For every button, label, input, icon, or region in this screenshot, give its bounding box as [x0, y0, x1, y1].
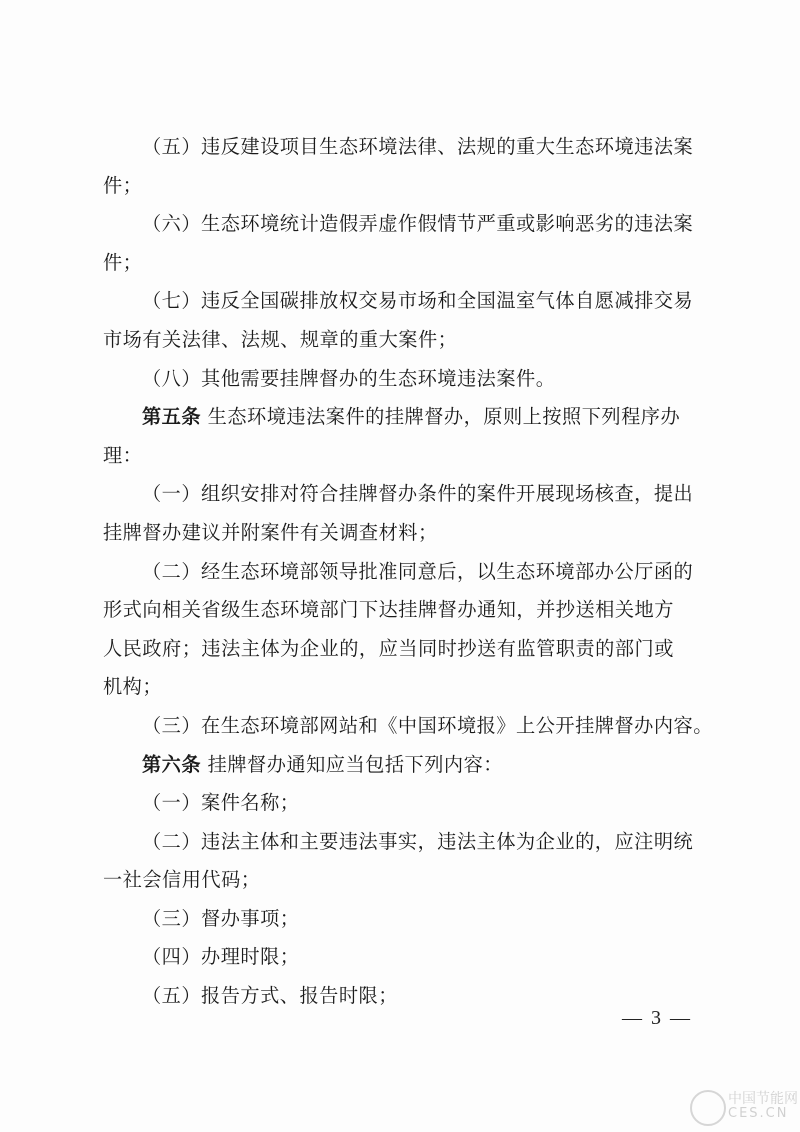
- watermark-text: 中国节能网: [728, 1088, 798, 1108]
- article-heading-line: 第五条 生态环境违法案件的挂牌督办，原则上按照下列程序办: [103, 398, 703, 437]
- line-text: （三）在生态环境部网站和《中国环境报》上公开挂牌督办内容。: [142, 714, 713, 737]
- line-text: （四）办理时限；: [142, 945, 300, 968]
- text-line: （一）组织安排对符合挂牌督办条件的案件开展现场核查，提出: [103, 475, 703, 514]
- text-line: 理：: [103, 437, 703, 476]
- line-text: 理：: [103, 444, 142, 467]
- watermark-logo-icon: [690, 1090, 726, 1126]
- watermark-domain: CES.CN: [728, 1106, 788, 1121]
- text-line: 件；: [103, 244, 703, 283]
- text-line: （三）督办事项；: [103, 900, 703, 939]
- line-text: （五）报告方式、报告时限；: [142, 984, 398, 1007]
- text-line: 挂牌督办建议并附案件有关调查材料；: [103, 514, 703, 553]
- line-text: 件；: [103, 174, 142, 197]
- line-text: 市场有关法律、法规、规章的重大案件；: [103, 328, 457, 351]
- line-text: 件；: [103, 251, 142, 274]
- text-line: 人民政府；违法主体为企业的，应当同时抄送有监管职责的部门或: [103, 630, 703, 669]
- text-line: （六）生态环境统计造假弄虚作假情节严重或影响恶劣的违法案: [103, 205, 703, 244]
- document-body: （五）违反建设项目生态环境法律、法规的重大生态环境违法案 件； （六）生态环境统…: [103, 128, 703, 1016]
- line-text: （七）违反全国碳排放权交易市场和全国温室气体自愿减排交易: [142, 289, 693, 312]
- line-text: 挂牌督办建议并附案件有关调查材料；: [103, 521, 438, 544]
- text-line: （二）经生态环境部领导批准同意后，以生态环境部办公厅函的: [103, 553, 703, 592]
- line-text: （二）经生态环境部领导批准同意后，以生态环境部办公厅函的: [142, 560, 693, 583]
- page-number: — 3 —: [622, 1007, 692, 1030]
- article-heading-line: 第六条 挂牌督办通知应当包括下列内容：: [103, 746, 703, 785]
- text-line: （三）在生态环境部网站和《中国环境报》上公开挂牌督办内容。: [103, 707, 703, 746]
- line-text: （三）督办事项；: [142, 907, 300, 930]
- line-text: （一）组织安排对符合挂牌督办条件的案件开展现场核查，提出: [142, 482, 693, 505]
- text-line: 市场有关法律、法规、规章的重大案件；: [103, 321, 703, 360]
- line-text: （六）生态环境统计造假弄虚作假情节严重或影响恶劣的违法案: [142, 212, 693, 235]
- line-text: 挂牌督办通知应当包括下列内容：: [201, 753, 503, 776]
- line-text: （八）其他需要挂牌督办的生态环境违法案件。: [142, 367, 555, 390]
- article-number: 第五条: [142, 405, 201, 428]
- watermark: 中国节能网 CES.CN: [690, 1088, 800, 1132]
- text-line: （七）违反全国碳排放权交易市场和全国温室气体自愿减排交易: [103, 282, 703, 321]
- text-line: 一社会信用代码；: [103, 861, 703, 900]
- line-text: 人民政府；违法主体为企业的，应当同时抄送有监管职责的部门或: [103, 637, 674, 660]
- text-line: （五）违反建设项目生态环境法律、法规的重大生态环境违法案: [103, 128, 703, 167]
- article-number: 第六条: [142, 753, 201, 776]
- text-line: （一）案件名称；: [103, 784, 703, 823]
- line-text: 一社会信用代码；: [103, 868, 261, 891]
- text-line: （四）办理时限；: [103, 938, 703, 977]
- line-text: （一）案件名称；: [142, 791, 300, 814]
- text-line: 件；: [103, 167, 703, 206]
- text-line: （五）报告方式、报告时限；: [103, 977, 703, 1016]
- text-line: （八）其他需要挂牌督办的生态环境违法案件。: [103, 360, 703, 399]
- line-text: 形式向相关省级生态环境部门下达挂牌督办通知，并抄送相关地方: [103, 598, 674, 621]
- text-line: 形式向相关省级生态环境部门下达挂牌督办通知，并抄送相关地方: [103, 591, 703, 630]
- line-text: 机构；: [103, 675, 162, 698]
- text-line: （二）违法主体和主要违法事实，违法主体为企业的，应注明统: [103, 823, 703, 862]
- line-text: （二）违法主体和主要违法事实，违法主体为企业的，应注明统: [142, 830, 693, 853]
- line-text: （五）违反建设项目生态环境法律、法规的重大生态环境违法案: [142, 135, 693, 158]
- text-line: 机构；: [103, 668, 703, 707]
- line-text: 生态环境违法案件的挂牌督办，原则上按照下列程序办: [201, 405, 680, 428]
